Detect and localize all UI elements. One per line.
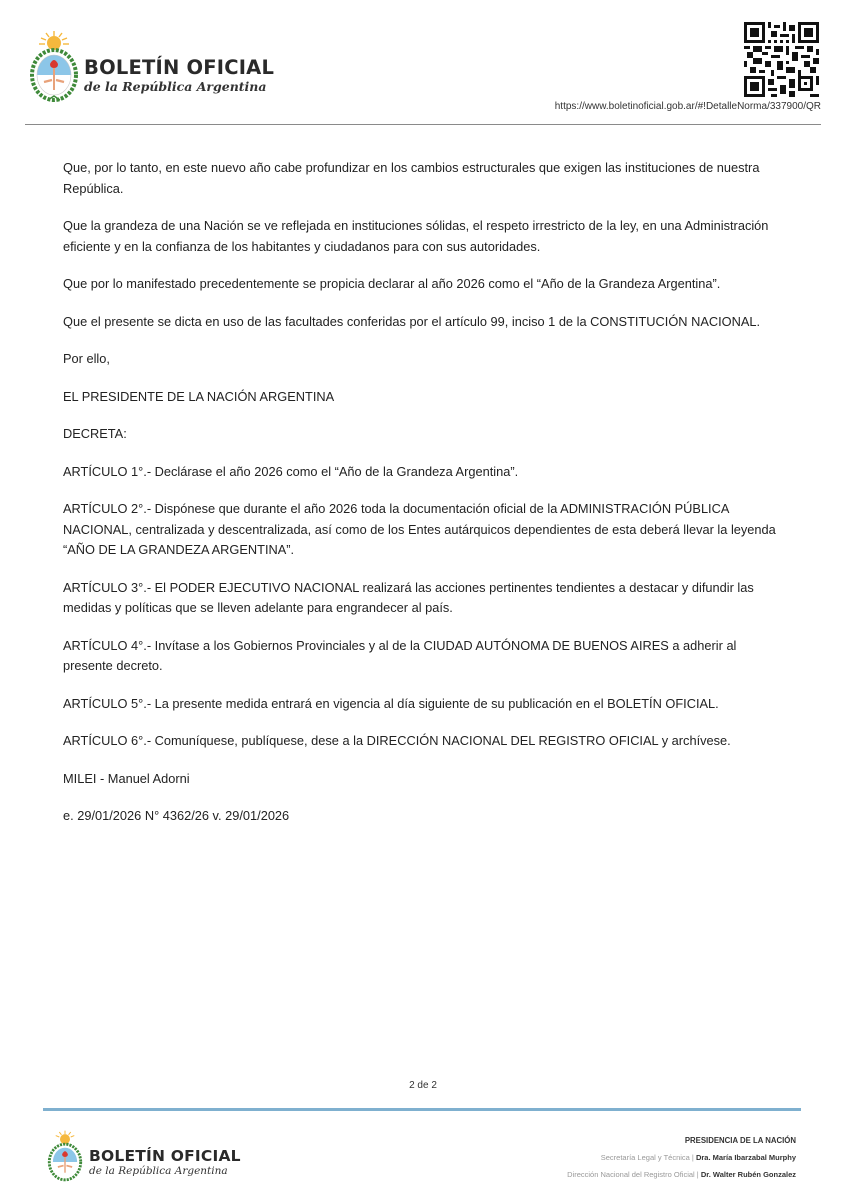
paragraph: EL PRESIDENTE DE LA NACIÓN ARGENTINA — [63, 387, 788, 408]
paragraph: Que por lo manifestado precedentemente s… — [63, 274, 788, 295]
paragraph: Por ello, — [63, 349, 788, 370]
article-1: ARTÍCULO 1°.- Declárase el año 2026 como… — [63, 462, 788, 483]
header-logo: BOLETÍN OFICIAL de la República Argentin… — [26, 30, 276, 105]
footer-divider — [43, 1108, 801, 1111]
article-3: ARTÍCULO 3°.- El PODER EJECUTIVO NACIONA… — [63, 578, 788, 619]
credit-line-1: Secretaría Legal y Técnica | Dra. María … — [567, 1149, 796, 1166]
coat-of-arms-icon — [45, 1128, 85, 1186]
publication-reference: e. 29/01/2026 N° 4362/26 v. 29/01/2026 — [63, 806, 788, 827]
article-4: ARTÍCULO 4°.- Invítase a los Gobiernos P… — [63, 636, 788, 677]
brand-title: BOLETÍN OFICIAL — [84, 56, 274, 79]
brand-subtitle: de la República Argentina — [84, 79, 267, 94]
credit-1-label: Secretaría Legal y Técnica — [601, 1153, 690, 1162]
qr-url[interactable]: https://www.boletinoficial.gob.ar/#!Deta… — [555, 101, 821, 112]
paragraph: Que la grandeza de una Nación se ve refl… — [63, 216, 788, 257]
page-number: 2 de 2 — [0, 1080, 846, 1091]
footer-credits: PRESIDENCIA DE LA NACIÓN Secretaría Lega… — [567, 1132, 796, 1183]
credit-1-separator: | — [692, 1153, 694, 1162]
article-5: ARTÍCULO 5°.- La presente medida entrará… — [63, 694, 788, 715]
header-divider — [25, 124, 821, 125]
document-body: Que, por lo tanto, en este nuevo año cab… — [63, 158, 788, 844]
credit-2-label: Dirección Nacional del Registro Oficial — [567, 1170, 695, 1179]
paragraph: DECRETA: — [63, 424, 788, 445]
paragraph: Que el presente se dicta en uso de las f… — [63, 312, 788, 333]
footer-logo: BOLETÍN OFICIAL de la República Argentin… — [45, 1128, 245, 1188]
qr-code-icon[interactable] — [744, 22, 819, 97]
footer-brand-subtitle: de la República Argentina — [89, 1165, 228, 1177]
credit-1-name: Dra. María Ibarzabal Murphy — [696, 1153, 796, 1162]
footer-brand-title: BOLETÍN OFICIAL — [89, 1147, 241, 1165]
paragraph: Que, por lo tanto, en este nuevo año cab… — [63, 158, 788, 199]
credit-2-separator: | — [697, 1170, 699, 1179]
article-6: ARTÍCULO 6°.- Comuníquese, publíquese, d… — [63, 731, 788, 752]
article-2: ARTÍCULO 2°.- Dispónese que durante el a… — [63, 499, 788, 561]
credit-line-2: Dirección Nacional del Registro Oficial … — [567, 1166, 796, 1183]
signatures: MILEI - Manuel Adorni — [63, 769, 788, 790]
presidencia-label: PRESIDENCIA DE LA NACIÓN — [567, 1132, 796, 1149]
coat-of-arms-icon — [26, 30, 82, 106]
credit-2-name: Dr. Walter Rubén Gonzalez — [701, 1170, 796, 1179]
